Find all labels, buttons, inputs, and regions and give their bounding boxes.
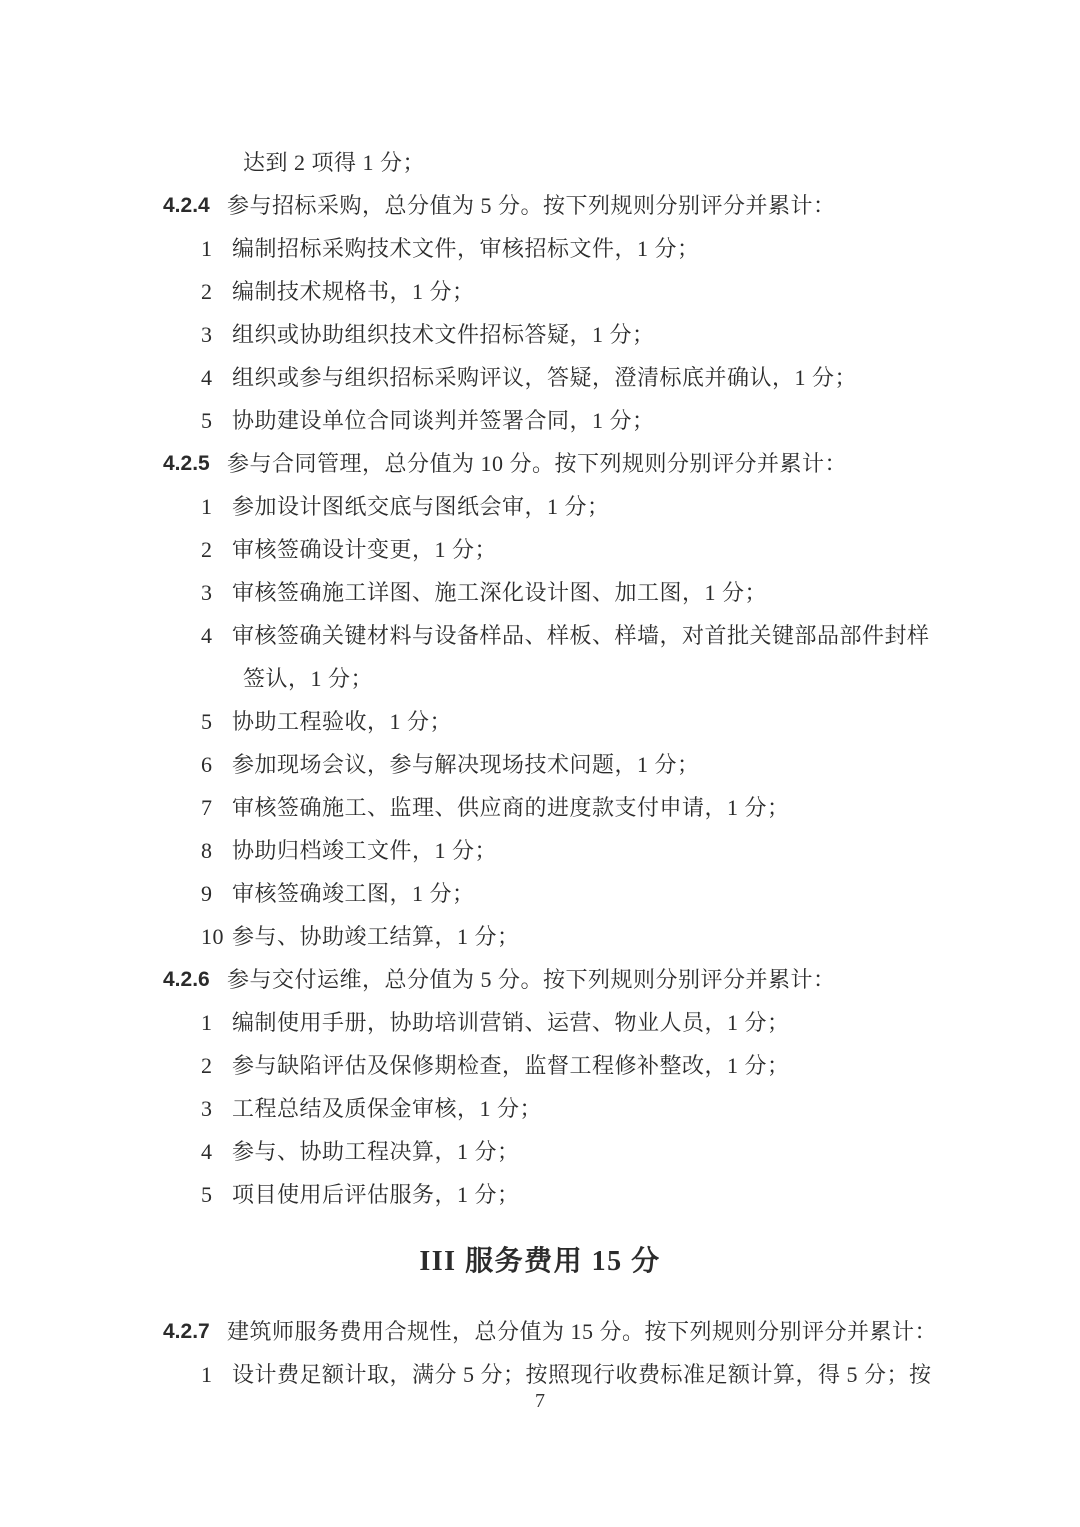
- continuation-text: 签认，1 分；: [243, 657, 373, 700]
- list-item: 4审核签确关键材料与设备样品、样板、样墙，对首批关键部品部件封样: [0, 614, 1080, 657]
- list-item-number: 8: [201, 829, 213, 872]
- list-item-text: 编制使用手册，协助培训营销、运营、物业人员，1 分；: [232, 1001, 790, 1044]
- list-item: 5项目使用后评估服务，1 分；: [0, 1173, 1080, 1216]
- list-item: 5协助建设单位合同谈判并签署合同，1 分；: [0, 399, 1080, 442]
- list-item-text: 参加现场会议，参与解决现场技术问题，1 分；: [232, 743, 700, 786]
- list-item: 9审核签确竣工图，1 分；: [0, 872, 1080, 915]
- list-item: 10参与、协助竣工结算，1 分；: [0, 915, 1080, 958]
- clause-text: 建筑师服务费用合规性，总分值为 15 分。按下列规则分别评分并累计：: [227, 1310, 937, 1353]
- document-content: 达到 2 项得 1 分；4.2.4参与招标采购，总分值为 5 分。按下列规则分别…: [0, 141, 1080, 1396]
- list-item-number: 2: [201, 528, 213, 571]
- list-item-text: 协助归档竣工文件，1 分；: [232, 829, 497, 872]
- continuation-text: 达到 2 项得 1 分；: [243, 141, 425, 184]
- list-item: 3工程总结及质保金审核，1 分；: [0, 1087, 1080, 1130]
- list-item: 4组织或参与组织招标采购评议，答疑，澄清标底并确认，1 分；: [0, 356, 1080, 399]
- list-item-number: 2: [201, 1044, 213, 1087]
- list-item: 6参加现场会议，参与解决现场技术问题，1 分；: [0, 743, 1080, 786]
- list-item-number: 3: [201, 313, 213, 356]
- list-item-number: 7: [201, 786, 213, 829]
- section-heading-text: III 服务费用 15 分: [419, 1246, 660, 1277]
- list-item: 2审核签确设计变更，1 分；: [0, 528, 1080, 571]
- clause-text: 参与合同管理，总分值为 10 分。按下列规则分别评分并累计：: [227, 442, 847, 485]
- list-item-text: 审核签确竣工图，1 分；: [232, 872, 475, 915]
- list-item-number: 2: [201, 270, 213, 313]
- list-item: 4参与、协助工程决算，1 分；: [0, 1130, 1080, 1173]
- list-item-number: 4: [201, 614, 213, 657]
- list-item-text: 组织或协助组织技术文件招标答疑，1 分；: [232, 313, 655, 356]
- list-item-number: 5: [201, 1173, 213, 1216]
- clause-number: 4.2.6: [163, 958, 210, 1001]
- list-item-number: 9: [201, 872, 213, 915]
- list-item-text: 审核签确施工、监理、供应商的进度款支付申请，1 分；: [232, 786, 790, 829]
- list-item-number: 5: [201, 399, 213, 442]
- list-item-text: 参与缺陷评估及保修期检查，监督工程修补整改，1 分；: [232, 1044, 790, 1087]
- list-item-text: 参与、协助工程决算，1 分；: [232, 1130, 520, 1173]
- list-item-text: 参加设计图纸交底与图纸会审，1 分；: [232, 485, 610, 528]
- clause-number: 4.2.4: [163, 184, 210, 227]
- list-item: 1编制招标采购技术文件，审核招标文件，1 分；: [0, 227, 1080, 270]
- list-item-number: 3: [201, 1087, 213, 1130]
- clause-4.2.4: 4.2.4参与招标采购，总分值为 5 分。按下列规则分别评分并累计：: [0, 184, 1080, 227]
- list-item-text: 参与、协助竣工结算，1 分；: [232, 915, 520, 958]
- document-page: 达到 2 项得 1 分；4.2.4参与招标采购，总分值为 5 分。按下列规则分别…: [0, 0, 1080, 1527]
- clause-text: 参与招标采购，总分值为 5 分。按下列规则分别评分并累计：: [227, 184, 836, 227]
- list-item-text: 编制招标采购技术文件，审核招标文件，1 分；: [232, 227, 700, 270]
- list-item: 3审核签确施工详图、施工深化设计图、加工图，1 分；: [0, 571, 1080, 614]
- section-heading: III 服务费用 15 分: [0, 1238, 1080, 1286]
- list-item-text: 协助建设单位合同谈判并签署合同，1 分；: [232, 399, 655, 442]
- clause-text: 参与交付运维，总分值为 5 分。按下列规则分别评分并累计：: [227, 958, 836, 1001]
- list-item: 7审核签确施工、监理、供应商的进度款支付申请，1 分；: [0, 786, 1080, 829]
- list-item-text: 协助工程验收，1 分；: [232, 700, 452, 743]
- list-item-text: 审核签确关键材料与设备样品、样板、样墙，对首批关键部品部件封样: [232, 614, 930, 657]
- clause-4.2.6: 4.2.6参与交付运维，总分值为 5 分。按下列规则分别评分并累计：: [0, 958, 1080, 1001]
- list-item-text: 项目使用后评估服务，1 分；: [232, 1173, 520, 1216]
- list-item-number: 6: [201, 743, 213, 786]
- continuation-line: 达到 2 项得 1 分；: [0, 141, 1080, 184]
- continuation-line: 签认，1 分；: [0, 657, 1080, 700]
- list-item: 1参加设计图纸交底与图纸会审，1 分；: [0, 485, 1080, 528]
- list-item-number: 3: [201, 571, 213, 614]
- list-item-number: 4: [201, 1130, 213, 1173]
- clause-number: 4.2.7: [163, 1310, 210, 1353]
- list-item-number: 10: [201, 915, 224, 958]
- list-item-text: 审核签确施工详图、施工深化设计图、加工图，1 分；: [232, 571, 767, 614]
- list-item: 3组织或协助组织技术文件招标答疑，1 分；: [0, 313, 1080, 356]
- list-item-number: 4: [201, 356, 213, 399]
- clause-number: 4.2.5: [163, 442, 210, 485]
- list-item-number: 1: [201, 227, 213, 270]
- list-item-text: 编制技术规格书，1 分；: [232, 270, 475, 313]
- list-item: 2参与缺陷评估及保修期检查，监督工程修补整改，1 分；: [0, 1044, 1080, 1087]
- list-item-number: 1: [201, 485, 213, 528]
- list-item-number: 5: [201, 700, 213, 743]
- list-item: 8协助归档竣工文件，1 分；: [0, 829, 1080, 872]
- page-number: 7: [0, 1390, 1080, 1413]
- list-item: 5协助工程验收，1 分；: [0, 700, 1080, 743]
- clause-4.2.5: 4.2.5参与合同管理，总分值为 10 分。按下列规则分别评分并累计：: [0, 442, 1080, 485]
- list-item-text: 工程总结及质保金审核，1 分；: [232, 1087, 542, 1130]
- list-item-text: 审核签确设计变更，1 分；: [232, 528, 497, 571]
- list-item-text: 组织或参与组织招标采购评议，答疑，澄清标底并确认，1 分；: [232, 356, 857, 399]
- list-item: 1编制使用手册，协助培训营销、运营、物业人员，1 分；: [0, 1001, 1080, 1044]
- list-item: 2编制技术规格书，1 分；: [0, 270, 1080, 313]
- list-item-number: 1: [201, 1001, 213, 1044]
- clause-4.2.7: 4.2.7建筑师服务费用合规性，总分值为 15 分。按下列规则分别评分并累计：: [0, 1310, 1080, 1353]
